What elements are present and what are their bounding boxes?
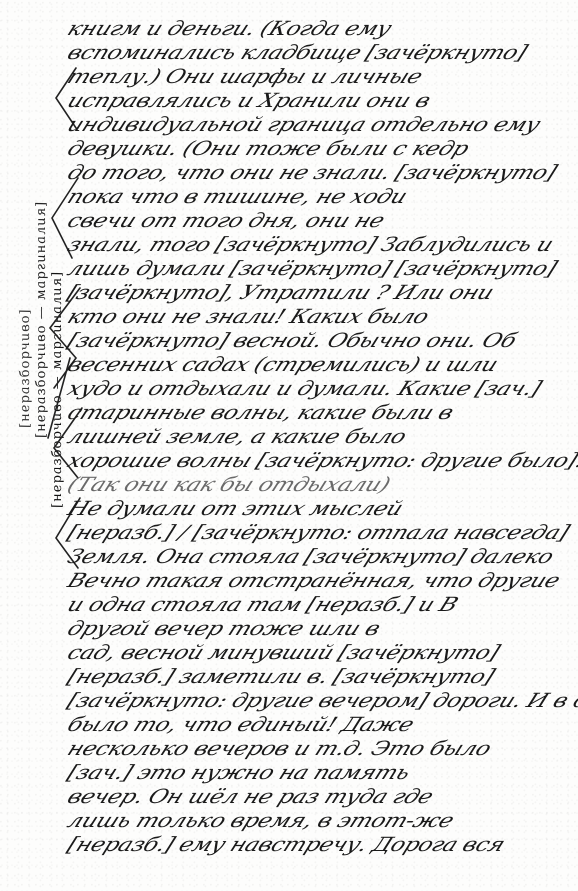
manuscript-line: кто они не знали! Каких было xyxy=(64,306,578,328)
manuscript-line: исправлялись и Хранили они в xyxy=(64,90,578,112)
manuscript-text-body: книгм и деньги. (Когда ему вспоминались … xyxy=(64,0,576,891)
manuscript-line: [неразб.] / [зачёркнуто: отпала навсегда… xyxy=(64,522,578,544)
manuscript-line: [зачёркнуто] весной. Обычно они. Об xyxy=(64,330,578,352)
manuscript-line: вспоминались кладбище [зачёркнуто] xyxy=(64,42,578,64)
manuscript-line: вечер. Он шёл не раз туда где xyxy=(64,786,578,808)
manuscript-line: и одна стояла там [неразб.] и В xyxy=(64,594,578,616)
manuscript-line: пока что в тишине, не ходи xyxy=(64,186,578,208)
manuscript-line: девушки. (Они тоже были с кедр xyxy=(64,138,578,160)
manuscript-line: хорошие волны [зачёркнуто: другие было]. xyxy=(64,450,578,472)
manuscript-line: сад, весной минувший [зачёркнуто] xyxy=(64,642,578,664)
manuscript-line: Не думали от этих мыслей xyxy=(64,498,578,520)
manuscript-line: худо и отдыхали и думали. Какие [зач.] xyxy=(64,378,578,400)
manuscript-line: знали, того [зачёркнуто] Заблудились и xyxy=(64,234,578,256)
manuscript-line: старинные волны, какие были в xyxy=(64,402,578,424)
manuscript-line: [зачёркнуто], Утратили ? Или они xyxy=(64,282,578,304)
manuscript-line: теплу.) Они шарфы и личные xyxy=(64,66,578,88)
manuscript-line: до того, что они не знали. [зачёркнуто] xyxy=(64,162,578,184)
manuscript-line: (Так они как бы отдыхали) xyxy=(64,474,578,496)
manuscript-line: [неразб.] ему навстречу. Дорога вся xyxy=(64,834,578,856)
manuscript-page: [неразборчиво — маргиналия] [неразборчив… xyxy=(0,0,578,891)
manuscript-line: [неразб.] заметили в. [зачёркнуто] xyxy=(64,666,578,688)
manuscript-line: свечи от того дня, они не xyxy=(64,210,578,232)
manuscript-line: лишь думали [зачёркнуто] [зачёркнуто] xyxy=(64,258,578,280)
manuscript-line: лишь только время, в этот-же xyxy=(64,810,578,832)
manuscript-line: было то, что единый! Даже xyxy=(64,714,578,736)
manuscript-line: индивидуальной граница отдельно ему xyxy=(64,114,578,136)
manuscript-line: другой вечер тоже шли в xyxy=(64,618,578,640)
manuscript-line: Вечно такая отстранённая, что другие xyxy=(64,570,578,592)
manuscript-line: лишней земле, а какие было xyxy=(64,426,578,448)
margin-note-column: [неразборчиво] xyxy=(18,167,32,429)
margin-note: [неразборчиво — маргиналия] [неразборчив… xyxy=(6,8,68,608)
manuscript-line: Земля. Она стояла [зачёркнуто] далеко xyxy=(64,546,578,568)
manuscript-line: несколько вечеров и т.д. Это было xyxy=(64,738,578,760)
manuscript-line: книгм и деньги. (Когда ему xyxy=(64,18,578,40)
manuscript-line: [зач.] это нужно на память xyxy=(64,762,578,784)
manuscript-line: весенних садах (стремились) и шли xyxy=(64,354,578,376)
manuscript-line: [зачёркнуто: другие вечером] дороги. И в… xyxy=(64,690,578,712)
